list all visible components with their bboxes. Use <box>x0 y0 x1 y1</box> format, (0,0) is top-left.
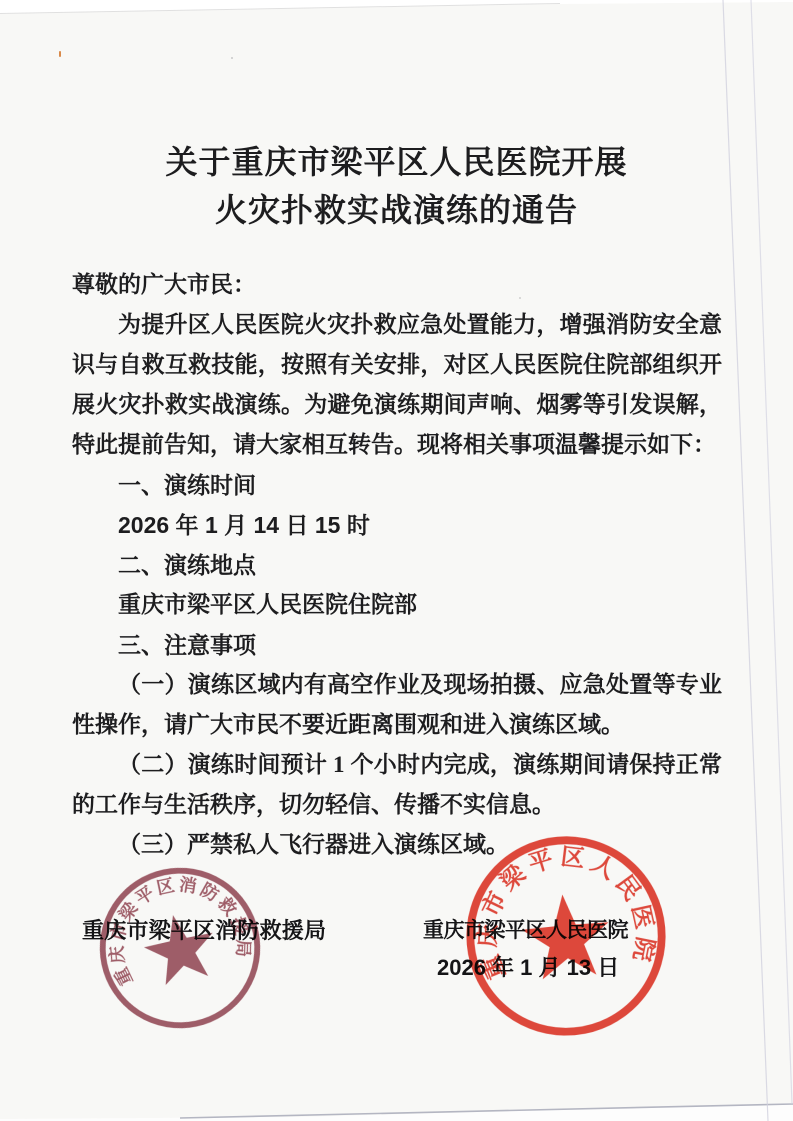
note-item-2: （二）演练时间预计 1 个小时内完成，演练期间请保持正常的工作与生活秩序，切勿轻… <box>72 745 722 825</box>
signature-date: 2026 年 1 月 13 日 <box>437 951 619 982</box>
section-place-value: 重庆市梁平区人民医院住院部 <box>72 585 722 625</box>
section-heading-notes: 三、注意事项 <box>72 625 722 665</box>
section-heading-place: 二、演练地点 <box>72 545 722 585</box>
signature-left-org: 重庆市梁平区消防救援局 <box>82 914 326 945</box>
section-heading-time: 一、演练时间 <box>72 465 722 505</box>
notice-title: 关于重庆市梁平区人民医院开展 火灾扑救实战演练的通告 <box>0 138 793 234</box>
intro-paragraph: 为提升区人民医院火灾扑救应急处置能力，增强消防安全意识与自救互救技能，按照有关安… <box>72 305 722 465</box>
title-line-2: 火灾扑救实战演练的通告 <box>0 186 793 234</box>
note-item-3: （三）严禁私人飞行器进入演练区域。 <box>72 825 722 865</box>
greeting-line: 尊敬的广大市民： <box>72 265 722 305</box>
note-item-1: （一）演练区域内有高空作业及现场拍摄、应急处置等专业性操作，请广大市民不要近距离… <box>72 665 722 745</box>
scan-speck <box>231 57 233 59</box>
scan-speck <box>519 297 521 299</box>
scan-speck <box>59 51 61 57</box>
section-time-value: 2026 年 1 月 14 日 15 时 <box>72 505 722 545</box>
notice-body: 尊敬的广大市民： 为提升区人民医院火灾扑救应急处置能力，增强消防安全意识与自救互… <box>72 265 722 865</box>
scanned-notice-page: 关于重庆市梁平区人民医院开展 火灾扑救实战演练的通告 尊敬的广大市民： 为提升区… <box>0 0 793 1121</box>
title-line-1: 关于重庆市梁平区人民医院开展 <box>0 138 793 186</box>
signature-right-org: 重庆市梁平区人民医院 <box>423 914 628 944</box>
